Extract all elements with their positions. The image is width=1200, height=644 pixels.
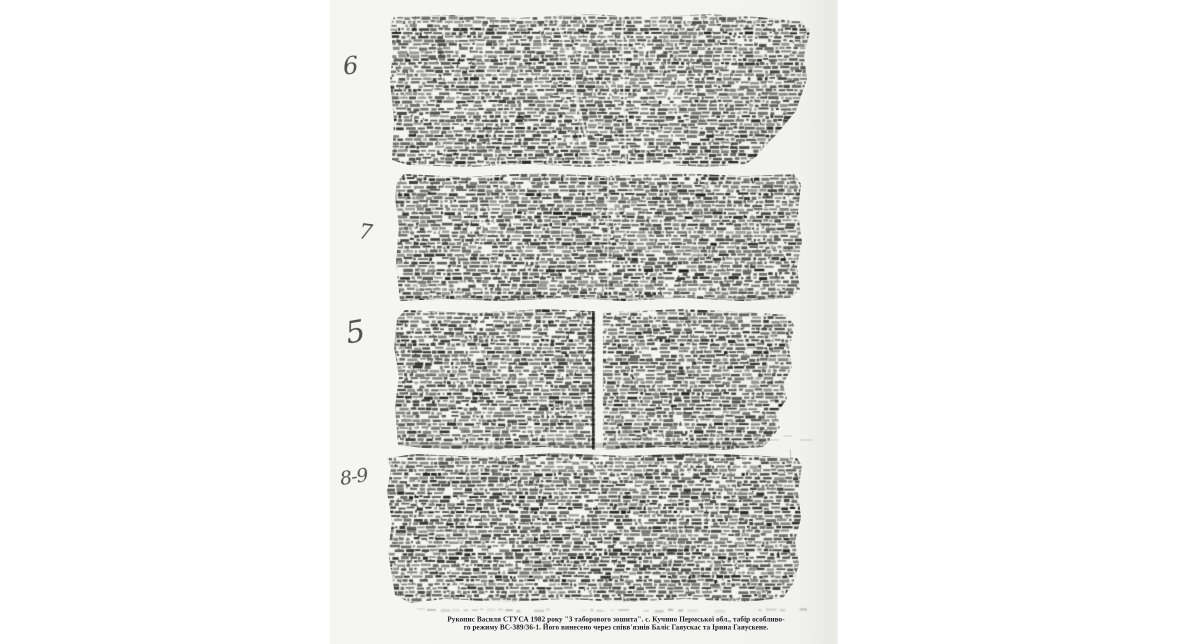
manuscript-texture-canvas (393, 307, 795, 451)
margin-pencil-marks (750, 378, 828, 468)
scanned-manuscript-sheet: 6 7 5 8-9 Рукопис Василя СТУ (330, 0, 838, 644)
manuscript-text-block-4 (385, 452, 802, 604)
manuscript-texture-canvas (394, 172, 802, 303)
photo-caption: Рукопис Василя СТУСА 1982 року "З таборо… (408, 615, 824, 631)
caption-line-1: Рукопис Василя СТУСА 1982 року "З таборо… (408, 615, 824, 623)
manuscript-text-block-2 (394, 172, 802, 303)
manuscript-texture-canvas (385, 452, 802, 604)
manuscript-text-block-1 (388, 11, 810, 171)
margin-page-number-7: 7 (358, 221, 374, 243)
manuscript-text-block-3 (393, 307, 795, 451)
margin-page-number-5: 5 (344, 317, 368, 350)
margin-page-number-8-9: 8-9 (339, 466, 369, 489)
manuscript-texture-canvas (388, 11, 810, 171)
caption-line-2: го режиму ВС-389/36-1. Його винесено чер… (408, 623, 824, 631)
screenshot-root: 6 7 5 8-9 Рукопис Василя СТУ (0, 0, 1200, 644)
margin-page-number-6: 6 (342, 53, 359, 78)
